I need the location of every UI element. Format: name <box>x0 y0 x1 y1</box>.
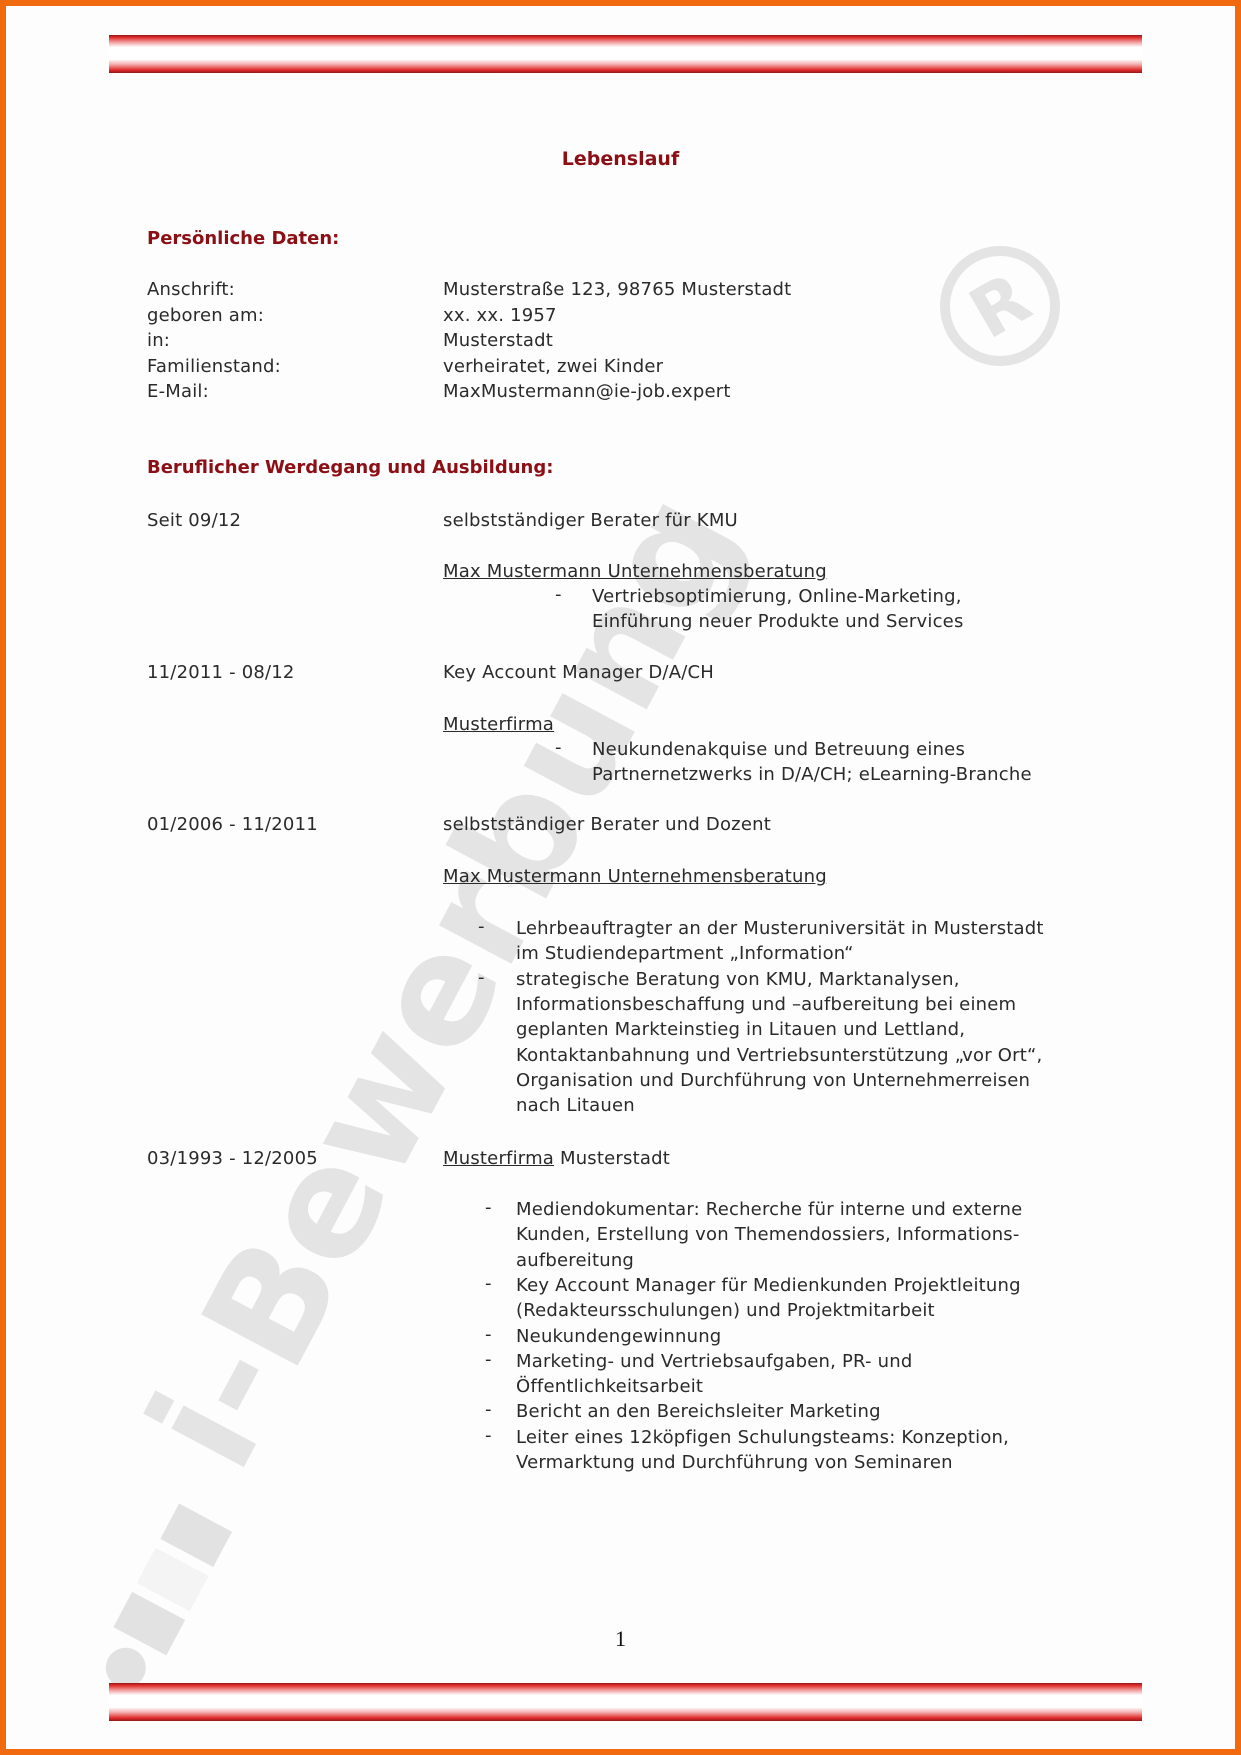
bullet-dash-icon: - <box>555 737 562 758</box>
personal-label: in: <box>147 328 170 353</box>
bullet-dash-icon: - <box>485 1324 492 1345</box>
company-name: Musterfirma <box>443 1148 554 1169</box>
bullet-text: strategische Beratung von KMU, Marktanal… <box>516 967 960 992</box>
career-role: selbstständiger Berater für KMU <box>443 508 738 533</box>
bullet-dash-icon: - <box>485 1399 492 1420</box>
bullet-text: Bericht an den Bereichsleiter Marketing <box>516 1399 881 1424</box>
company-name: Max Mustermann Unternehmensberatung <box>443 561 827 582</box>
bullet-text: Vertriebsoptimierung, Online-Marketing, <box>592 584 962 609</box>
bullet-text: Mediendokumentar: Recherche für interne … <box>516 1197 1022 1222</box>
bullet-dash-icon: - <box>485 1349 492 1370</box>
bullet-text: Organisation und Durchführung von Untern… <box>516 1068 1030 1093</box>
resume-content: Lebenslauf Persönliche Daten: Anschrift:… <box>0 0 1241 1755</box>
bullet-text: Einführung neuer Produkte und Services <box>592 609 964 634</box>
bullet-dash-icon: - <box>485 1425 492 1446</box>
bullet-text: (Redakteursschulungen) und Projektmitarb… <box>516 1298 935 1323</box>
career-company: Max Mustermann Unternehmensberatung <box>443 864 827 889</box>
bullet-text: Marketing- und Vertriebsaufgaben, PR- un… <box>516 1349 913 1374</box>
career-company: Max Mustermann Unternehmensberatung <box>443 559 827 584</box>
personal-value: verheiratet, zwei Kinder <box>443 354 663 379</box>
bullet-dash-icon: - <box>478 967 485 988</box>
bullet-dash-icon: - <box>555 584 562 605</box>
career-company: Musterfirma Musterstadt <box>443 1146 670 1171</box>
personal-value: MaxMustermann@ie-job.expert <box>443 379 731 404</box>
bullet-text: Partnernetzwerks in D/A/CH; eLearning-Br… <box>592 762 1032 787</box>
career-period: 01/2006 - 11/2011 <box>147 812 318 837</box>
bullet-text: Vermarktung und Durchführung von Seminar… <box>516 1450 953 1475</box>
personal-value: Musterstraße 123, 98765 Musterstadt <box>443 277 791 302</box>
bullet-text: Kontaktanbahnung und Vertriebsunterstütz… <box>516 1043 1042 1068</box>
bullet-dash-icon: - <box>485 1273 492 1294</box>
personal-label: geboren am: <box>147 303 264 328</box>
personal-value: Musterstadt <box>443 328 553 353</box>
bullet-text: Informationsbeschaffung und –aufbereitun… <box>516 992 1016 1017</box>
bullet-dash-icon: - <box>485 1197 492 1218</box>
career-period: 03/1993 - 12/2005 <box>147 1146 318 1171</box>
career-period: Seit 09/12 <box>147 508 241 533</box>
company-location: Musterstadt <box>554 1148 670 1169</box>
personal-value: xx. xx. 1957 <box>443 303 557 328</box>
page-title: Lebenslauf <box>0 148 1241 170</box>
bullet-dash-icon: - <box>478 916 485 937</box>
bullet-text: Öffentlichkeitsarbeit <box>516 1374 703 1399</box>
section-heading-career: Beruflicher Werdegang und Ausbildung: <box>147 457 553 478</box>
bullet-text: Leiter eines 12köpfigen Schulungsteams: … <box>516 1425 1009 1450</box>
bullet-text: Key Account Manager für Medienkunden Pro… <box>516 1273 1021 1298</box>
career-period: 11/2011 - 08/12 <box>147 660 295 685</box>
personal-label: E-Mail: <box>147 379 209 404</box>
company-name: Max Mustermann Unternehmensberatung <box>443 866 827 887</box>
personal-label: Familienstand: <box>147 354 281 379</box>
bullet-text: Neukundenakquise und Betreuung eines <box>592 737 965 762</box>
bullet-text: Neukundengewinnung <box>516 1324 721 1349</box>
company-name: Musterfirma <box>443 714 554 735</box>
bullet-text: Kunden, Erstellung von Themendossiers, I… <box>516 1222 1020 1247</box>
career-company: Musterfirma <box>443 712 554 737</box>
bullet-text: im Studiendepartment „Information“ <box>516 941 854 966</box>
career-role: selbstständiger Berater und Dozent <box>443 812 771 837</box>
page-number: 1 <box>0 1626 1241 1652</box>
career-role: Key Account Manager D/A/CH <box>443 660 714 685</box>
bullet-text: aufbereitung <box>516 1248 634 1273</box>
bullet-text: geplanten Markteinstieg in Litauen und L… <box>516 1017 965 1042</box>
bullet-text: nach Litauen <box>516 1093 635 1118</box>
personal-label: Anschrift: <box>147 277 235 302</box>
section-heading-personal: Persönliche Daten: <box>147 228 339 249</box>
bullet-text: Lehrbeauftragter an der Musteruniversitä… <box>516 916 1044 941</box>
